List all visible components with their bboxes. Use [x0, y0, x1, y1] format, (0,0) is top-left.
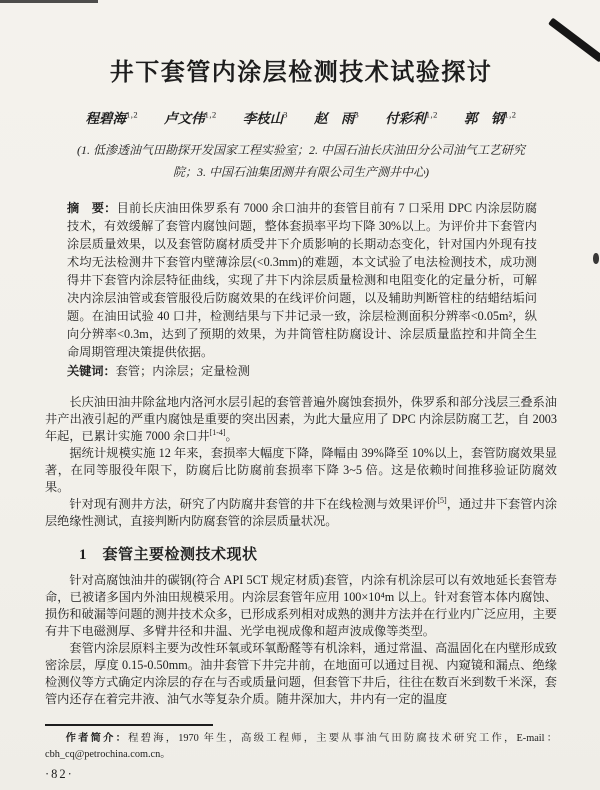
section-heading-1: 1 套管主要检测技术现状 [45, 543, 557, 564]
author-name: 卢文伟 [164, 111, 205, 126]
author: 李枝山3 [243, 107, 288, 127]
section1-paragraph-2: 套管内涂层原料主要为改性环氧或环氧酚醛等有机涂料，通过常温、高温固化在内壁形成致… [45, 640, 557, 708]
author-name: 郭 钢 [464, 111, 505, 126]
author: 卢文伟1,2 [164, 107, 217, 127]
author-name: 赵 雨 [314, 111, 355, 126]
section1-paragraph-1: 针对高腐蚀油井的碳钢(符合 API 5CT 规定材质)套管，内涂有机涂层可以有效… [45, 572, 557, 640]
author-affiliation-sup: 3 [355, 110, 360, 120]
author: 程碧海1,2 [86, 107, 139, 127]
paragraph-text: 长庆油田油井除盆地内洛河水层引起的套管普遍外腐蚀套损外，侏罗系和部分浅层三叠系油… [45, 395, 557, 443]
footnote-divider [45, 724, 213, 726]
paper-title: 井下套管内涂层检测技术试验探讨 [45, 58, 557, 88]
author-affiliation-sup: 1,2 [126, 110, 138, 120]
abstract-text: 目前长庆油田侏罗系有 7000 余口油井的套管目前有 7 口采用 DPC 内涂层… [67, 201, 537, 359]
paragraph-text: 。 [226, 429, 238, 443]
author-affiliation-sup: 3 [283, 110, 288, 120]
abstract-label: 摘 要： [67, 201, 117, 215]
author-line: 程碧海1,2 卢文伟1,2 李枝山3 赵 雨3 付彩利1,2 郭 钢1,2 [45, 107, 557, 127]
paragraph-text: 针对现有测井方法，研究了内防腐井套管的井下在线检测与效果评价 [69, 497, 437, 511]
keywords-label: 关键词： [67, 364, 116, 378]
author-affiliation-sup: 1,2 [504, 110, 516, 120]
abstract-block: 摘 要：目前长庆油田侏罗系有 7000 余口油井的套管目前有 7 口采用 DPC… [67, 199, 537, 361]
keywords-text: 套管；内涂层；定量检测 [116, 364, 250, 378]
citation-ref: [1-4] [210, 428, 226, 437]
footnote-label: 作者简介： [66, 733, 129, 744]
scan-artifact-right-speck [593, 253, 599, 264]
page-footer: 作者简介：程碧海，1970 年生，高级工程师，主要从事油气田防腐技术研究工作，E… [45, 724, 557, 790]
author: 付彩利1,2 [385, 107, 438, 127]
intro-paragraph-2: 据统计规模实施 12 年来，套损率大幅度下降，降幅由 39%降至 10%以上，套… [45, 445, 557, 496]
keywords-line: 关键词：套管；内涂层；定量检测 [67, 362, 537, 380]
intro-paragraph-1: 长庆油田油井除盆地内洛河水层引起的套管普遍外腐蚀套损外，侏罗系和部分浅层三叠系油… [45, 394, 557, 445]
intro-paragraph-3: 针对现有测井方法，研究了内防腐井套管的井下在线检测与效果评价[5]，通过井下套管… [45, 496, 557, 530]
author-affiliation-sup: 1,2 [205, 110, 217, 120]
author: 赵 雨3 [314, 107, 359, 127]
author-bio-footnote: 作者简介：程碧海，1970 年生，高级工程师，主要从事油气田防腐技术研究工作，E… [45, 731, 557, 762]
author-name: 程碧海 [86, 111, 127, 126]
author: 郭 钢1,2 [464, 107, 517, 127]
scanned-paper-page: 井下套管内涂层检测技术试验探讨 程碧海1,2 卢文伟1,2 李枝山3 赵 雨3 … [0, 0, 600, 790]
citation-ref: [5] [437, 496, 446, 505]
page-number: ·82· [45, 767, 557, 782]
scan-artifact-top-edge [0, 0, 98, 3]
author-name: 李枝山 [243, 111, 284, 126]
author-affiliation-sup: 1,2 [426, 110, 438, 120]
scan-artifact-corner-mark [548, 18, 600, 63]
author-name: 付彩利 [385, 111, 426, 126]
affiliation-line: (1. 低渗透油气田勘探开发国家工程实验室；2. 中国石油长庆油田分公司油气工艺… [67, 140, 535, 183]
